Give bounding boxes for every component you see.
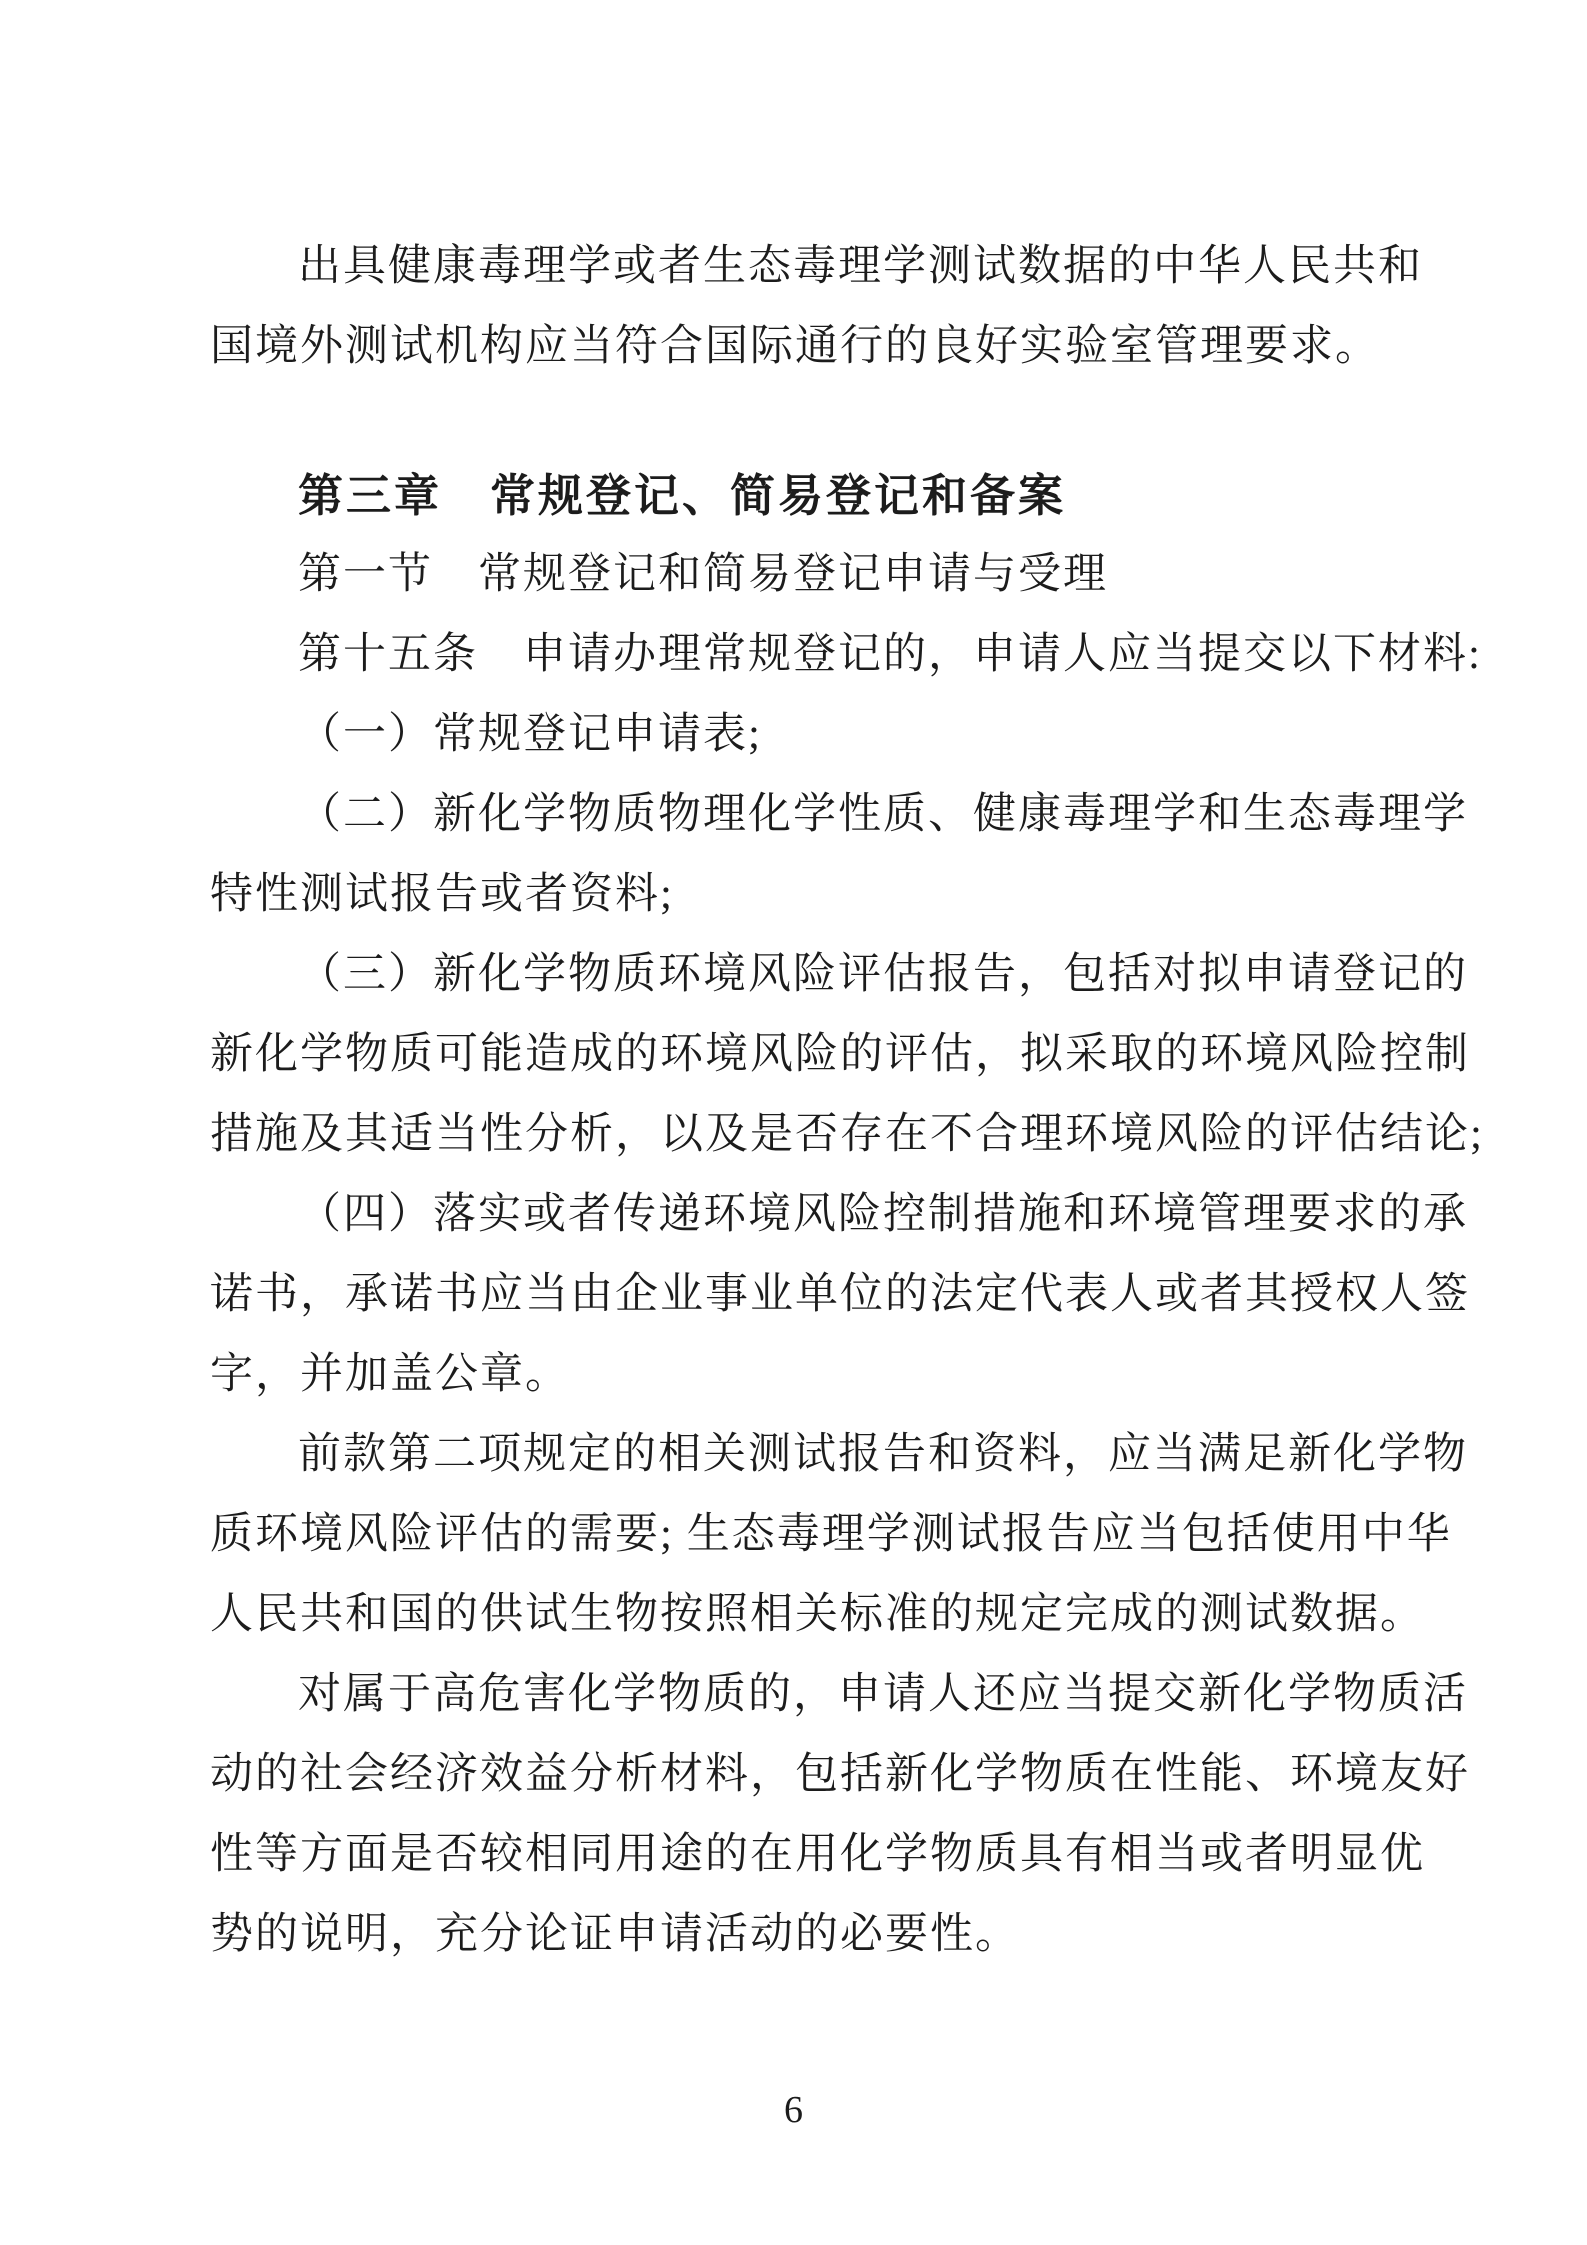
text-line: 前款第二项规定的相关测试报告和资料，应当满足新化学物 xyxy=(210,1431,1468,1478)
text-line: （四）落实或者传递环境风险控制措施和环境管理要求的承 xyxy=(210,1191,1468,1238)
text-line: 势的说明，充分论证申请活动的必要性。 xyxy=(210,1911,1020,1958)
text-line: （二）新化学物质物理化学性质、健康毒理学和生态毒理学 xyxy=(210,791,1468,838)
text-line: 质环境风险评估的需要; 生态毒理学测试报告应当包括使用中华 xyxy=(210,1511,1450,1558)
page-number: 6 xyxy=(0,2088,1587,2132)
text-line: 出具健康毒理学或者生态毒理学测试数据的中华人民共和 xyxy=(210,243,1423,290)
text-line: 诺书，承诺书应当由企业事业单位的法定代表人或者其授权人签 xyxy=(210,1271,1450,1318)
text-line: 第十五条 申请办理常规登记的，申请人应当提交以下材料: xyxy=(210,631,1482,678)
text-line: 国境外测试机构应当符合国际通行的良好实验室管理要求。 xyxy=(210,323,1380,370)
section-heading: 第一节 常规登记和简易登记申请与受理 xyxy=(210,551,1108,598)
text-line: （一）常规登记申请表; xyxy=(210,711,762,758)
text-line: 对属于高危害化学物质的，申请人还应当提交新化学物质活 xyxy=(210,1671,1468,1718)
text-line: 措施及其适当性分析，以及是否存在不合理环境风险的评估结论; xyxy=(210,1111,1450,1158)
text-line: （三）新化学物质环境风险评估报告，包括对拟申请登记的 xyxy=(210,951,1468,998)
document-page: 出具健康毒理学或者生态毒理学测试数据的中华人民共和国境外测试机构应当符合国际通行… xyxy=(0,0,1587,2245)
text-line: 性等方面是否较相同用途的在用化学物质具有相当或者明显优 xyxy=(210,1831,1425,1878)
text-line: 字，并加盖公章。 xyxy=(210,1351,570,1398)
chapter-heading: 第三章 常规登记、简易登记和备案 xyxy=(210,471,1066,521)
text-line: 动的社会经济效益分析材料，包括新化学物质在性能、环境友好 xyxy=(210,1751,1450,1798)
text-line: 人民共和国的供试生物按照相关标准的规定完成的测试数据。 xyxy=(210,1591,1425,1638)
text-line: 新化学物质可能造成的环境风险的评估，拟采取的环境风险控制 xyxy=(210,1031,1450,1078)
document-body: 出具健康毒理学或者生态毒理学测试数据的中华人民共和国境外测试机构应当符合国际通行… xyxy=(0,0,1587,2245)
text-line: 特性测试报告或者资料; xyxy=(210,871,674,918)
